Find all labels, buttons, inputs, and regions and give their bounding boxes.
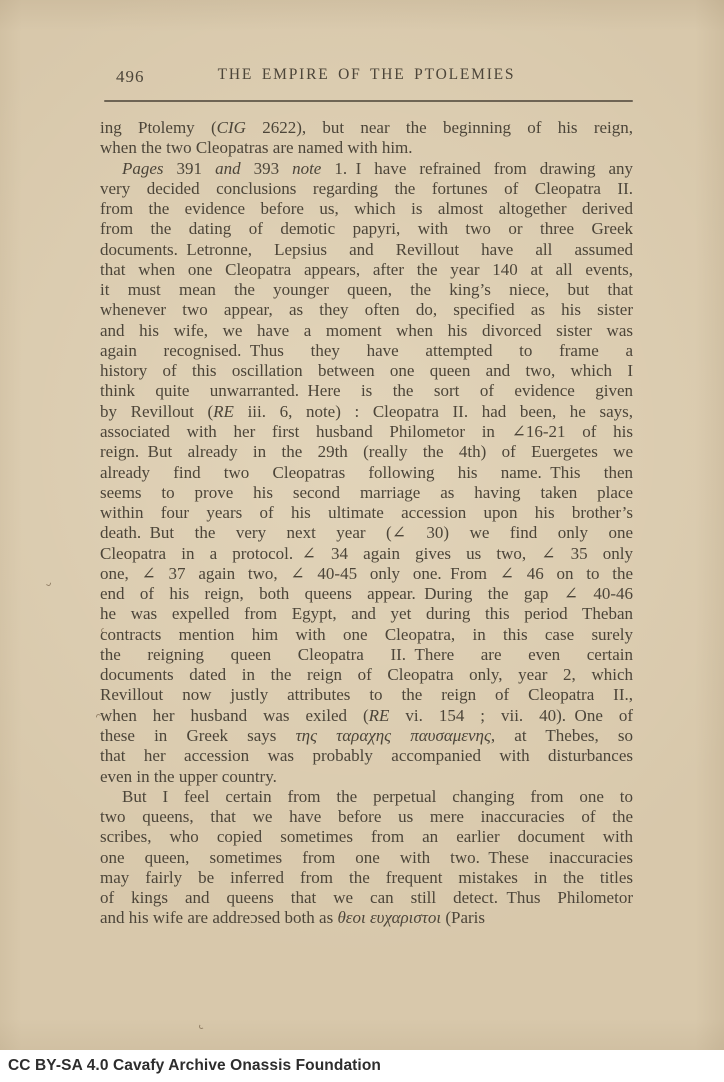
page-header: 496 THE EMPIRE OF THE PTOLEMIES	[100, 66, 633, 90]
text-line: documents dated in the reign of Cleopatr…	[100, 665, 633, 685]
text-segment: history of this oscillation between one …	[100, 361, 633, 380]
text-line: that when one Cleopatra appears, after t…	[100, 260, 633, 280]
book-page-scan: 496 THE EMPIRE OF THE PTOLEMIES ing Ptol…	[0, 0, 724, 1050]
text-line: documents. Letronne, Lepsius and Revillo…	[100, 240, 633, 260]
text-segment: 1. I have refrained from drawing any	[321, 159, 633, 178]
license-bar: CC BY-SA 4.0 Cavafy Archive Onassis Foun…	[0, 1050, 724, 1082]
text-line: think quite unwarranted. Here is the sor…	[100, 381, 633, 401]
text-segment: again recognised. Thus they have attempt…	[100, 341, 633, 360]
italic-text: RE	[369, 706, 390, 725]
text-segment: that her accession was probably accompan…	[100, 746, 633, 765]
text-line: one, ∠ 37 again two, ∠ 40-45 only one. F…	[100, 564, 633, 584]
text-segment: from the dating of demotic papyri, with …	[100, 219, 633, 238]
text-segment: ing Ptolemy (	[100, 118, 217, 137]
text-segment: one queen, sometimes from one with two. …	[100, 848, 633, 867]
text-segment: it must mean the younger queen, the king…	[100, 280, 633, 299]
text-line: when her husband was exiled (RE vi. 154 …	[100, 706, 633, 726]
text-line: that her accession was probably accompan…	[100, 746, 633, 766]
text-segment: one, ∠ 37 again two, ∠ 40-45 only one. F…	[100, 564, 633, 583]
text-segment: end of his reign, both queens appear. Du…	[100, 584, 633, 603]
ink-speck	[45, 580, 52, 587]
text-segment: from the evidence before us, which is al…	[100, 199, 633, 218]
text-line: from the dating of demotic papyri, with …	[100, 219, 633, 239]
text-line: within four years of his ultimate access…	[100, 503, 633, 523]
text-line: may fairly be inferred from the frequent…	[100, 868, 633, 888]
text-line: end of his reign, both queens appear. Du…	[100, 584, 633, 604]
text-line: even in the upper country.	[100, 767, 633, 787]
text-segment: within four years of his ultimate access…	[100, 503, 633, 522]
text-segment: of kings and queens that we can still de…	[100, 888, 633, 907]
italic-text: RE	[213, 402, 234, 421]
text-segment: and his wife, we have a moment when his …	[100, 321, 633, 340]
italic-text: note	[292, 159, 321, 178]
text-segment: that when one Cleopatra appears, after t…	[100, 260, 633, 279]
ink-speck	[199, 1024, 204, 1029]
text-segment: contracts mention him with one Cleopatra…	[100, 625, 633, 644]
text-line: whenever two appear, as they often do, s…	[100, 300, 633, 320]
text-segment: when the two Cleopatras are named with h…	[100, 138, 413, 157]
text-line: and his wife, we have a moment when his …	[100, 321, 633, 341]
text-line: by Revillout (RE iii. 6, note) : Cleopat…	[100, 402, 633, 422]
text-segment: associated with her first husband Philom…	[100, 422, 633, 441]
text-line: death. But the very next year (∠ 30) we …	[100, 523, 633, 543]
text-segment: death. But the very next year (∠ 30) we …	[100, 523, 633, 542]
text-line: seems to prove his second marriage as ha…	[100, 483, 633, 503]
text-segment: Revillout now justly attributes to the r…	[100, 685, 633, 704]
text-line: ing Ptolemy (CIG 2622), but near the beg…	[100, 118, 633, 138]
text-line: again recognised. Thus they have attempt…	[100, 341, 633, 361]
text-line: scribes, who copied sometimes from an ea…	[100, 827, 633, 847]
text-line: from the evidence before us, which is al…	[100, 199, 633, 219]
text-line: But I feel certain from the perpetual ch…	[100, 787, 633, 807]
italic-text: and	[215, 159, 241, 178]
text-segment: iii. 6, note) : Cleopatra II. had been, …	[234, 402, 633, 421]
italic-text: θεοι ευχαριστοι	[337, 908, 441, 927]
text-segment: already find two Cleopatras following hi…	[100, 463, 633, 482]
text-line: reign. But already in the 29th (really t…	[100, 442, 633, 462]
text-line: Cleopatra in a protocol. ∠ 34 again give…	[100, 544, 633, 564]
text-segment: even in the upper country.	[100, 767, 277, 786]
text-segment: and his wife are addreɔsed both as	[100, 908, 337, 927]
text-segment: scribes, who copied sometimes from an ea…	[100, 827, 633, 846]
text-segment: Cleopatra in a protocol. ∠ 34 again give…	[100, 544, 633, 563]
text-segment: , at Thebes, so	[491, 726, 633, 745]
text-segment: seems to prove his second marriage as ha…	[100, 483, 633, 502]
text-line: of kings and queens that we can still de…	[100, 888, 633, 908]
text-segment: reign. But already in the 29th (really t…	[100, 442, 633, 461]
text-line: Revillout now justly attributes to the r…	[100, 685, 633, 705]
text-segment: two queens, that we have before us mere …	[100, 807, 633, 826]
body-text: ing Ptolemy (CIG 2622), but near the beg…	[100, 118, 633, 929]
text-line: these in Greek says της ταραχης παυσαμεν…	[100, 726, 633, 746]
text-segment: documents. Letronne, Lepsius and Revillo…	[100, 240, 633, 259]
text-line: and his wife are addreɔsed both as θεοι …	[100, 908, 633, 928]
italic-text: CIG	[217, 118, 246, 137]
text-segment: when her husband was exiled (	[100, 706, 369, 725]
text-segment: 391	[164, 159, 216, 178]
text-segment: (Paris	[441, 908, 485, 927]
running-title: THE EMPIRE OF THE PTOLEMIES	[100, 66, 633, 84]
text-segment: these in Greek says	[100, 726, 296, 745]
text-line: history of this oscillation between one …	[100, 361, 633, 381]
italic-text: της ταραχης παυσαμενης	[296, 726, 491, 745]
text-line: already find two Cleopatras following hi…	[100, 463, 633, 483]
license-text: CC BY-SA 4.0 Cavafy Archive Onassis Foun…	[8, 1057, 381, 1075]
text-segment: documents dated in the reign of Cleopatr…	[100, 665, 633, 684]
text-segment: 2622), but near the beginning of his rei…	[246, 118, 633, 137]
text-line: when the two Cleopatras are named with h…	[100, 138, 633, 158]
text-segment: think quite unwarranted. Here is the sor…	[100, 381, 633, 400]
text-segment: by Revillout (	[100, 402, 213, 421]
text-line: he was expelled from Egypt, and yet duri…	[100, 604, 633, 624]
text-line: one queen, sometimes from one with two. …	[100, 848, 633, 868]
text-line: very decided conclusions regarding the f…	[100, 179, 633, 199]
page-number: 496	[116, 67, 145, 87]
text-segment: the reigning queen Cleopatra II. There a…	[100, 645, 633, 664]
text-line: contracts mention him with one Cleopatra…	[100, 625, 633, 645]
text-line: associated with her first husband Philom…	[100, 422, 633, 442]
italic-text: Pages	[122, 159, 164, 178]
text-segment: vi. 154 ; vii. 40). One of	[389, 706, 633, 725]
text-line: Pages 391 and 393 note 1. I have refrain…	[100, 159, 633, 179]
text-line: it must mean the younger queen, the king…	[100, 280, 633, 300]
header-rule	[104, 100, 633, 102]
text-segment: he was expelled from Egypt, and yet duri…	[100, 604, 633, 623]
text-line: two queens, that we have before us mere …	[100, 807, 633, 827]
text-line: the reigning queen Cleopatra II. There a…	[100, 645, 633, 665]
text-segment: whenever two appear, as they often do, s…	[100, 300, 633, 319]
text-segment: very decided conclusions regarding the f…	[100, 179, 633, 198]
text-segment: 393	[241, 159, 293, 178]
text-segment: But I feel certain from the perpetual ch…	[122, 787, 633, 806]
text-segment: may fairly be inferred from the frequent…	[100, 868, 633, 887]
